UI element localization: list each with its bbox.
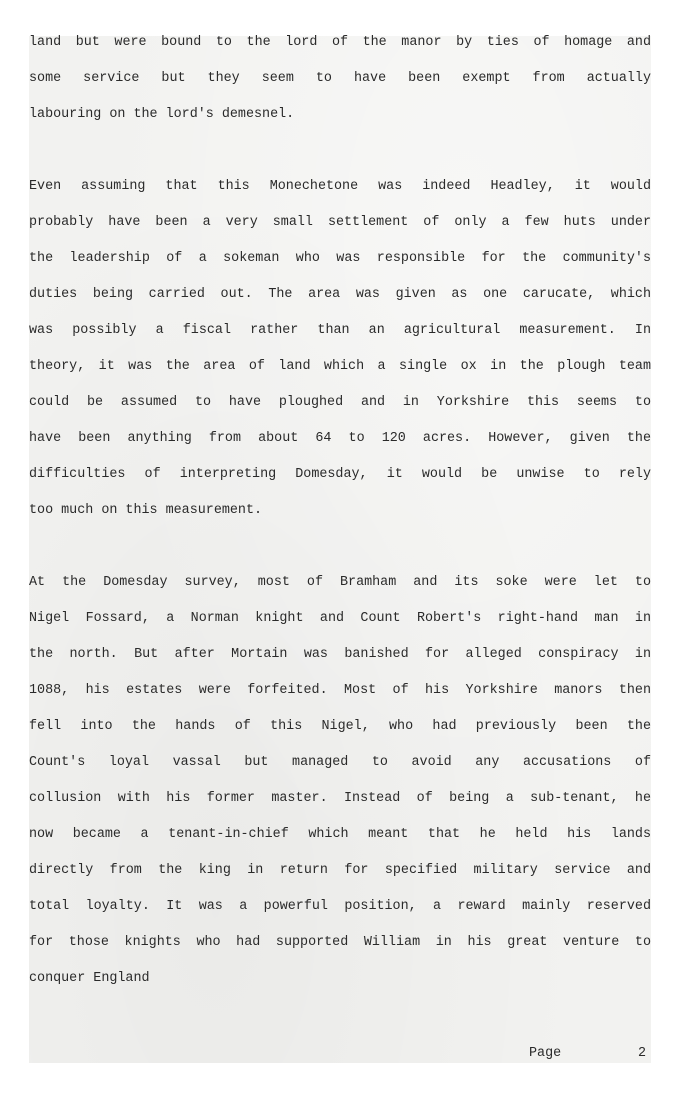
page-footer: Page 2 (0, 0, 680, 1100)
page-label: Page (529, 1045, 561, 1063)
page-number: 2 (638, 1045, 646, 1063)
